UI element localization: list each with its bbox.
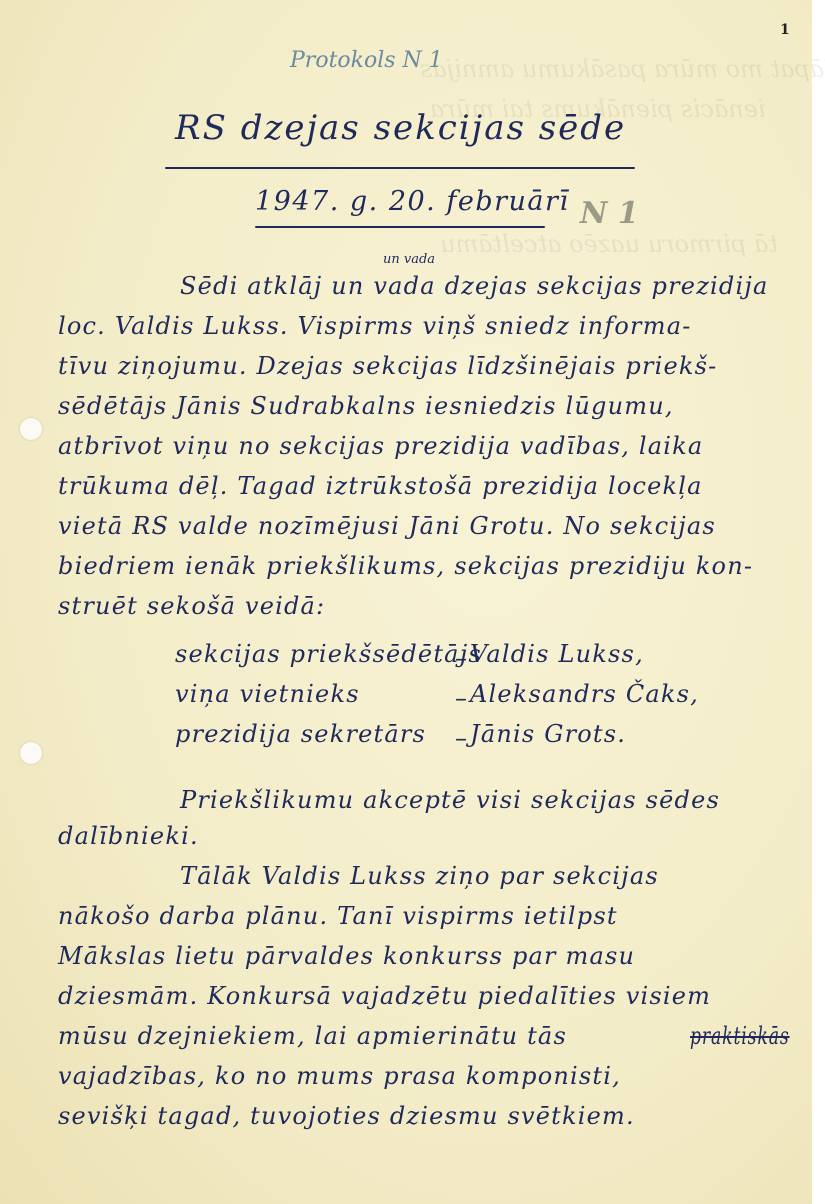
dash: – xyxy=(455,724,467,752)
date-underline xyxy=(255,226,545,228)
dash: – xyxy=(455,684,467,712)
punch-hole xyxy=(20,418,42,440)
role-name: Valdis Lukss, xyxy=(470,640,644,668)
punch-hole xyxy=(20,742,42,764)
role-label: prezidija sekretārs xyxy=(175,720,426,748)
text-line: Tālāk Valdis Lukss ziņo par sekcijas xyxy=(180,862,659,890)
role-label: sekcijas priekšsēdētājs xyxy=(175,640,482,668)
text-line: atbrīvot viņu no sekcijas prezidija vadī… xyxy=(58,432,703,460)
text-line: vietā RS valde nozīmējusi Jāni Grotu. No… xyxy=(58,512,716,540)
text-line: struēt sekošā veidā: xyxy=(58,592,325,620)
text-line: sēdētājs Jānis Sudrabkalns iesniedzis lū… xyxy=(58,392,674,420)
scan-edge xyxy=(812,0,825,1204)
stamp-note: N 1 xyxy=(580,196,639,231)
bleed-through-text: jāpat mo mūra pasākumu amnijas xyxy=(420,55,825,83)
text-line: biedriem ienāk priekšlikums, sekcijas pr… xyxy=(58,552,753,580)
role-name: Jānis Grots. xyxy=(470,720,626,748)
text-line: tīvu ziņojumu. Dzejas sekcijas līdzšinēj… xyxy=(58,352,718,380)
text-line: dalībnieki. xyxy=(58,822,199,850)
text-line: Priekšlikumu akceptē visi sekcijas sēdes xyxy=(180,786,720,814)
protocol-label: Protokols N 1 xyxy=(290,48,443,73)
page-number: 1 xyxy=(780,22,790,38)
bleed-through-text: tā pirmoru uazēo atceltāmu xyxy=(440,230,778,258)
text-line: Mākslas lietu pārvaldes konkurss par mas… xyxy=(58,942,635,970)
document-date: 1947. g. 20. februārī xyxy=(255,186,570,217)
struck-word: praktiskās xyxy=(690,1022,790,1050)
text-line: loc. Valdis Lukss. Vispirms viņš sniedz … xyxy=(58,312,692,340)
dash: – xyxy=(455,644,467,672)
text-line: trūkuma dēļ. Tagad iztrūkstošā prezidija… xyxy=(58,472,703,500)
insertion-note: un vada xyxy=(383,252,435,267)
text-line: vajadzības, ko no mums prasa komponisti, xyxy=(58,1062,621,1090)
title-underline xyxy=(165,167,635,169)
text-line: Sēdi atklāj un vada dzejas sekcijas prez… xyxy=(180,272,769,300)
document-title: RS dzejas sekcijas sēde xyxy=(175,108,626,148)
text-line: nākošo darba plānu. Tanī vispirms ietilp… xyxy=(58,902,618,930)
role-label: viņa vietnieks xyxy=(175,680,360,708)
text-line: mūsu dzejniekiem, lai apmierinātu tās xyxy=(58,1022,567,1050)
text-line: sevišķi tagad, tuvojoties dziesmu svētki… xyxy=(58,1102,635,1130)
text-line: dziesmām. Konkursā vajadzētu piedalīties… xyxy=(58,982,711,1010)
role-name: Aleksandrs Čaks, xyxy=(470,680,699,708)
